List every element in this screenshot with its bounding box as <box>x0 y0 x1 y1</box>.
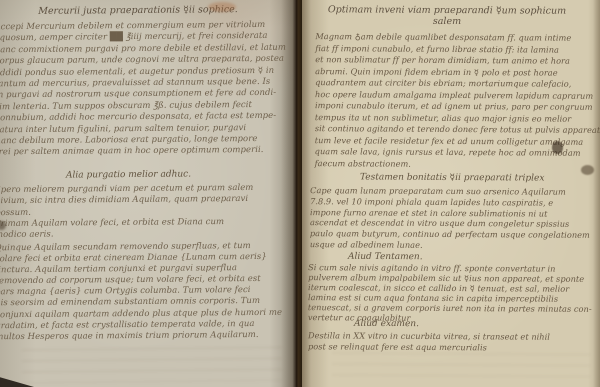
right-paragraph-2: Cape quam lunam praeparatam cum suo arse… <box>310 185 590 251</box>
manuscript-line: faecum abstractionem. <box>315 158 600 171</box>
manuscript-line: post se relinquat fere est aqua mercuria… <box>308 341 550 353</box>
left-paragraph-3: Primam Aquilam volare feci, et orbita es… <box>0 217 224 242</box>
left-section-heading: Alia purgatio melior adhuc. <box>66 169 191 180</box>
manuscript-line: frei per saltem animae quam in hoc opere… <box>0 145 287 159</box>
manuscript-line: multos Hesperos quae in maximis trium pr… <box>0 329 282 343</box>
right-paragraph-1: Magnam ♁am debile quamlibet desponsatam … <box>315 31 600 171</box>
manuscript-line: modico aeris. <box>0 228 224 241</box>
right-page-title-line2: salem <box>312 15 582 28</box>
left-paragraph-2: Spero meliorem purgandi viam per acetum … <box>0 183 254 219</box>
right-page: Optimam inveni viam praeparandi ☿um soph… <box>302 0 600 387</box>
left-paragraph-1: Accepi Mercurium debilem et commergium e… <box>0 20 287 159</box>
left-page-title: Mercurii justa praeparationis ☿ii sophic… <box>0 4 276 17</box>
right-section-heading-1: Testamen bonitatis ☿ii praeparati triple… <box>360 172 545 183</box>
left-paragraph-4: Quinque Aquilam secundam removendo super… <box>0 241 282 343</box>
right-section-heading-3: Aliud examen. <box>354 319 419 329</box>
manuscript-line: nivium, sic intra dies dimidiam Aquilam,… <box>0 194 254 208</box>
manuscript-line: usque ad albedinem lunae. <box>310 239 590 252</box>
right-paragraph-4: Destilla in XX vitro in cucurbita vitrea… <box>308 330 550 353</box>
page-edge-shadow <box>593 0 600 387</box>
manuscript-photo: Mercurii justa praeparationis ☿ii sophic… <box>0 0 600 387</box>
manuscript-line: vertetur ac coagulabitur <box>308 313 592 325</box>
right-section-heading-2: Aliud Tentamen. <box>348 252 423 262</box>
ink-bleed-through <box>22 347 282 384</box>
page-corner-shadow <box>0 373 34 387</box>
left-page: Mercurii justa praeparationis ☿ii sophic… <box>0 0 296 387</box>
ink-bleed-through <box>332 352 590 384</box>
right-paragraph-3: Si cum sale nivis agitando in vitro ff. … <box>308 263 592 324</box>
